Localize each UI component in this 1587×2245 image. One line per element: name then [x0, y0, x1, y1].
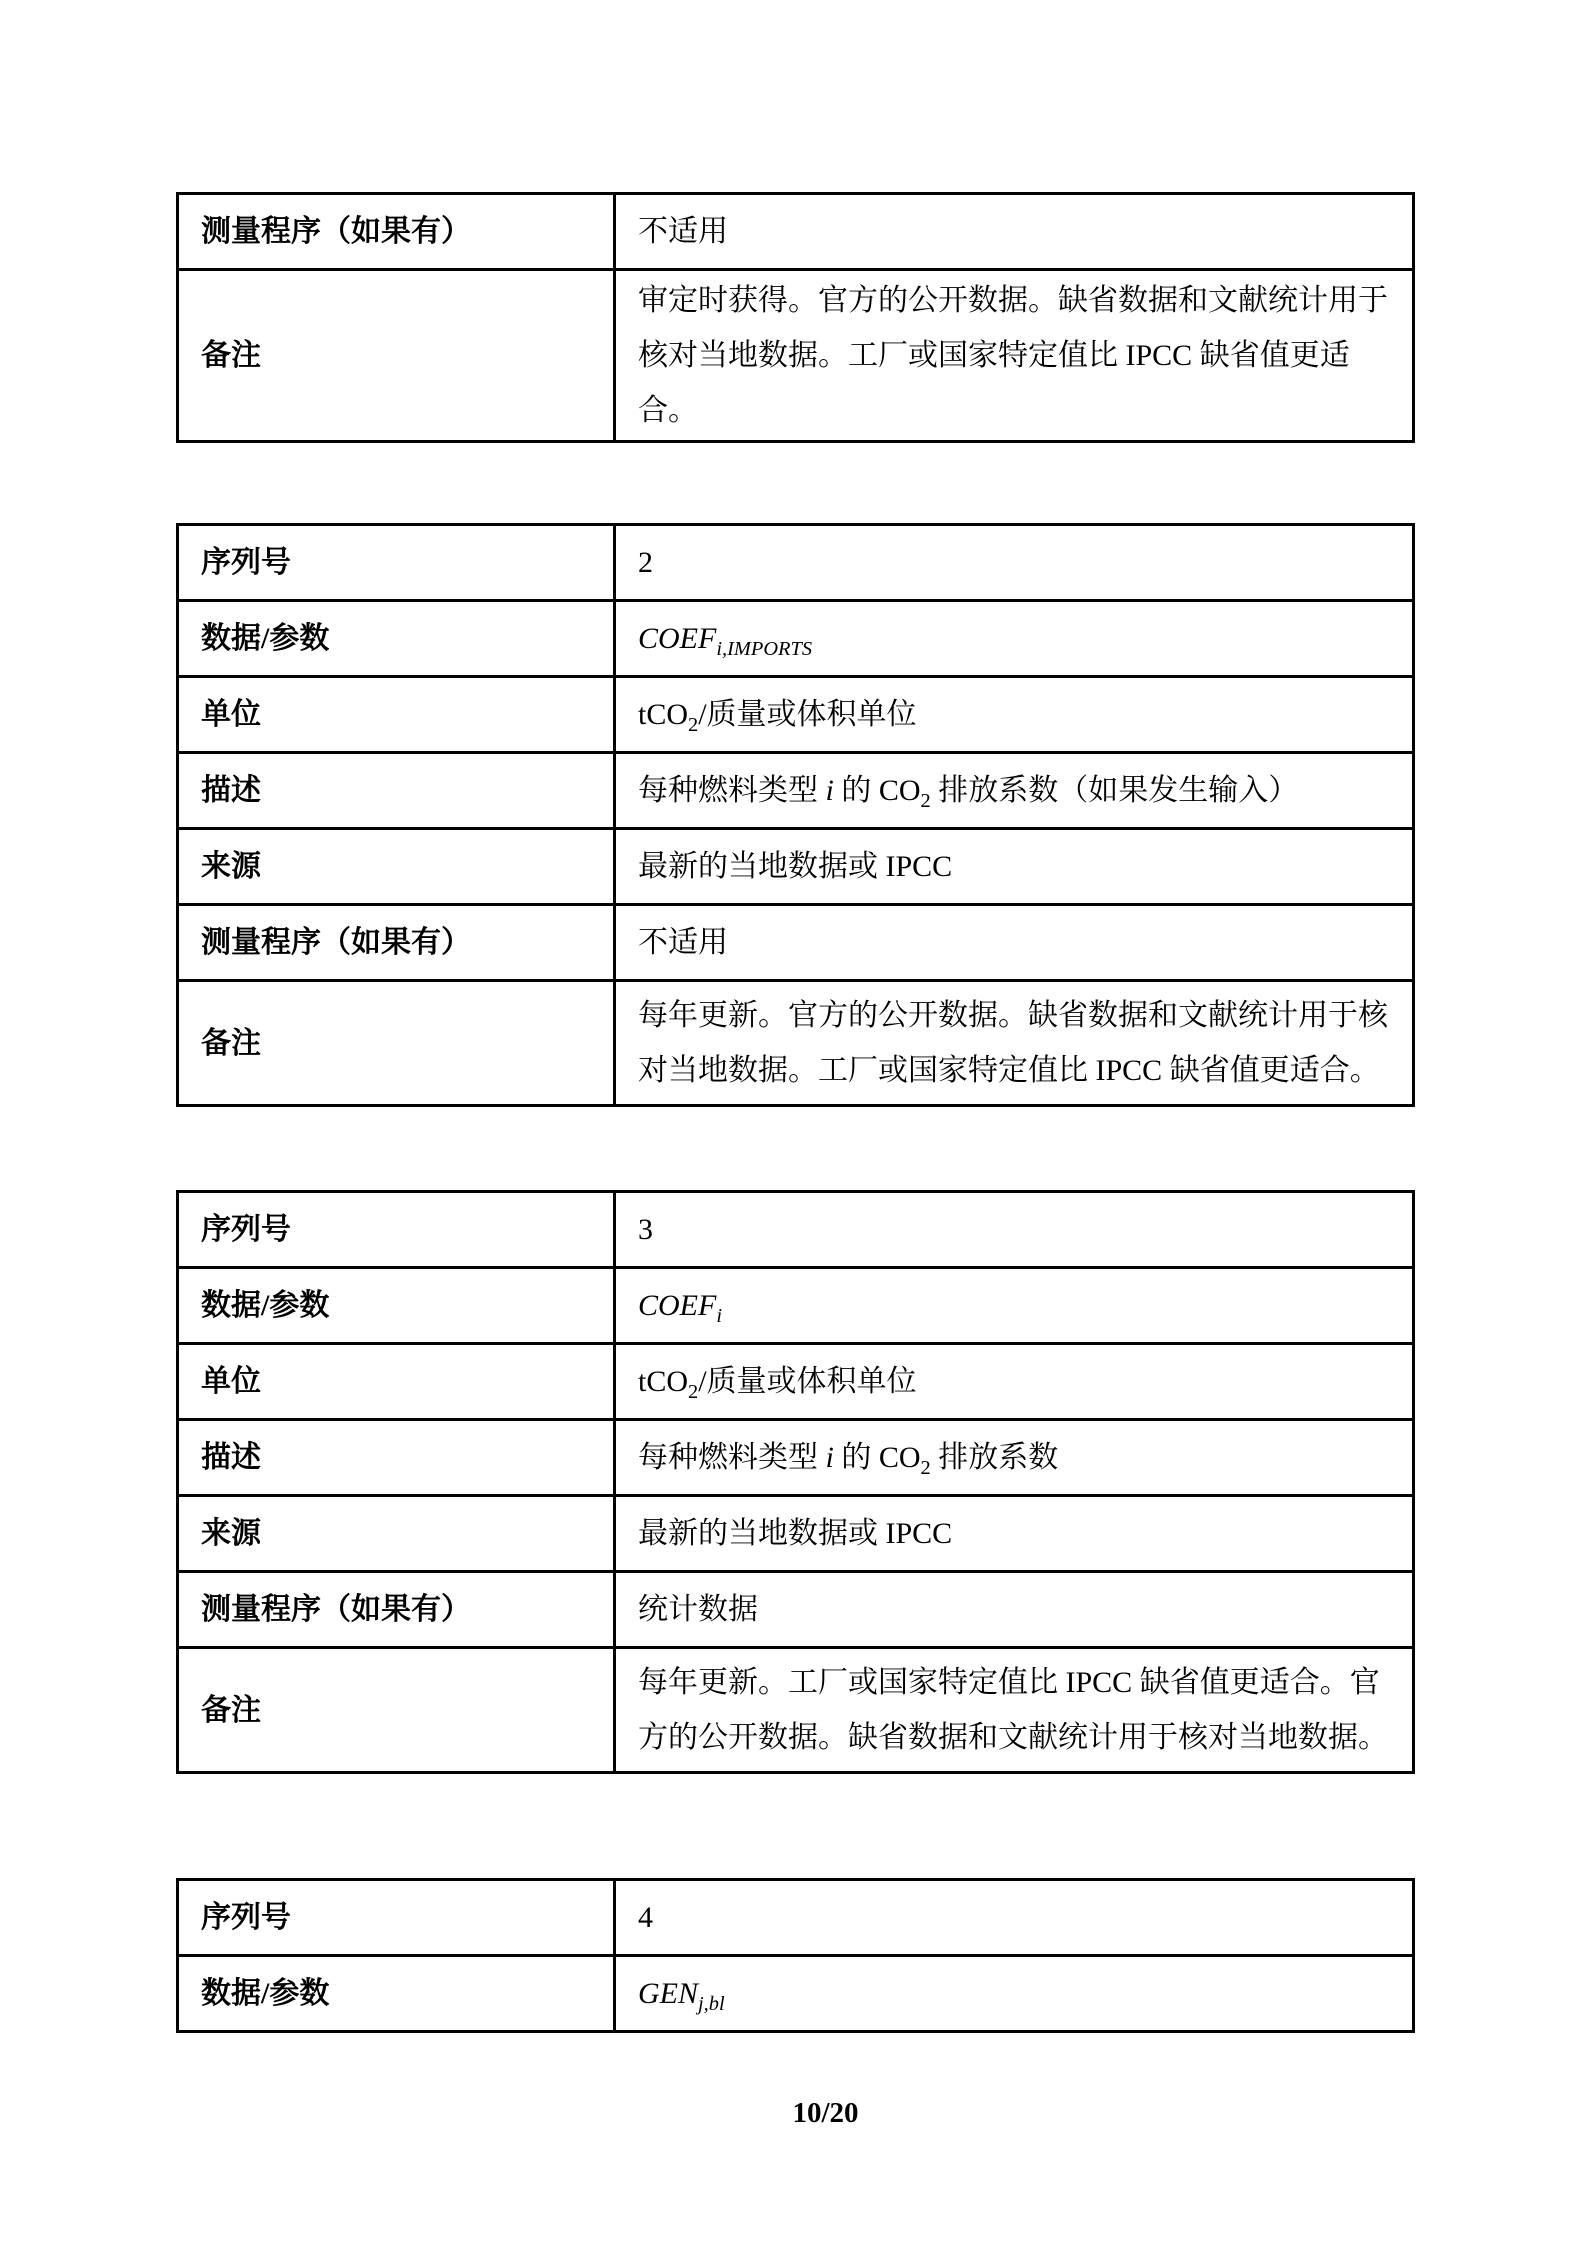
param-value: 每种燃料类型 i 的 CO2 排放系数 [615, 1420, 1414, 1496]
param-value: COEFi,IMPORTS [615, 601, 1414, 677]
table-row: 序列号 2 [178, 525, 1414, 601]
param-label: 备注 [178, 981, 615, 1106]
param-value: COEFi [615, 1268, 1414, 1344]
table-row: 备注 每年更新。官方的公开数据。缺省数据和文献统计用于核对当地数据。工厂或国家特… [178, 981, 1414, 1106]
param-value: 最新的当地数据或 IPCC [615, 829, 1414, 905]
param-label: 测量程序（如果有） [178, 194, 615, 270]
table-row: 序列号 3 [178, 1192, 1414, 1268]
param-label: 单位 [178, 677, 615, 753]
table-row: 描述 每种燃料类型 i 的 CO2 排放系数 [178, 1420, 1414, 1496]
table-row: 描述 每种燃料类型 i 的 CO2 排放系数（如果发生输入） [178, 753, 1414, 829]
table-row: 测量程序（如果有） 统计数据 [178, 1572, 1414, 1648]
param-value: 4 [615, 1880, 1414, 1956]
param-value: tCO2/质量或体积单位 [615, 1344, 1414, 1420]
param-label: 备注 [178, 1648, 615, 1773]
table-row: 备注 审定时获得。官方的公开数据。缺省数据和文献统计用于核对当地数据。工厂或国家… [178, 270, 1414, 442]
param-value: 每年更新。工厂或国家特定值比 IPCC 缺省值更适合。官方的公开数据。缺省数据和… [615, 1648, 1414, 1773]
table-row: 来源 最新的当地数据或 IPCC [178, 829, 1414, 905]
param-value: 最新的当地数据或 IPCC [615, 1496, 1414, 1572]
table-row: 数据/参数 COEFi [178, 1268, 1414, 1344]
table-row: 单位 tCO2/质量或体积单位 [178, 677, 1414, 753]
param-value: 2 [615, 525, 1414, 601]
param-value: 审定时获得。官方的公开数据。缺省数据和文献统计用于核对当地数据。工厂或国家特定值… [615, 270, 1414, 442]
table-row: 序列号 4 [178, 1880, 1414, 1956]
parameter-table-4-partial: 序列号 4 数据/参数 GENj,bl [176, 1878, 1415, 2033]
param-label: 描述 [178, 1420, 615, 1496]
param-label: 序列号 [178, 525, 615, 601]
parameter-table-2: 序列号 2 数据/参数 COEFi,IMPORTS 单位 tCO2/质量或体积单… [176, 523, 1415, 1107]
param-label: 单位 [178, 1344, 615, 1420]
param-value: tCO2/质量或体积单位 [615, 677, 1414, 753]
param-label: 序列号 [178, 1192, 615, 1268]
parameter-table-1-partial: 测量程序（如果有） 不适用 备注 审定时获得。官方的公开数据。缺省数据和文献统计… [176, 192, 1415, 443]
page-content: 测量程序（如果有） 不适用 备注 审定时获得。官方的公开数据。缺省数据和文献统计… [176, 192, 1415, 2033]
document-page: { "footer": { "page_number": "10/20" }, … [0, 0, 1587, 2245]
param-label: 数据/参数 [178, 601, 615, 677]
table-row: 测量程序（如果有） 不适用 [178, 194, 1414, 270]
param-value: 不适用 [615, 905, 1414, 981]
param-label: 来源 [178, 1496, 615, 1572]
page-number: 10/20 [32, 2097, 1587, 2130]
table-row: 单位 tCO2/质量或体积单位 [178, 1344, 1414, 1420]
param-label: 来源 [178, 829, 615, 905]
param-label: 测量程序（如果有） [178, 1572, 615, 1648]
parameter-table-3: 序列号 3 数据/参数 COEFi 单位 tCO2/质量或体积单位 描述 每种燃… [176, 1190, 1415, 1774]
param-label: 序列号 [178, 1880, 615, 1956]
table-row: 备注 每年更新。工厂或国家特定值比 IPCC 缺省值更适合。官方的公开数据。缺省… [178, 1648, 1414, 1773]
param-value: 统计数据 [615, 1572, 1414, 1648]
param-value: 每种燃料类型 i 的 CO2 排放系数（如果发生输入） [615, 753, 1414, 829]
table-row: 数据/参数 COEFi,IMPORTS [178, 601, 1414, 677]
param-value: 不适用 [615, 194, 1414, 270]
table-row: 测量程序（如果有） 不适用 [178, 905, 1414, 981]
param-label: 备注 [178, 270, 615, 442]
table-row: 数据/参数 GENj,bl [178, 1956, 1414, 2032]
param-value: GENj,bl [615, 1956, 1414, 2032]
param-value: 每年更新。官方的公开数据。缺省数据和文献统计用于核对当地数据。工厂或国家特定值比… [615, 981, 1414, 1106]
param-label: 描述 [178, 753, 615, 829]
param-label: 数据/参数 [178, 1956, 615, 2032]
table-row: 来源 最新的当地数据或 IPCC [178, 1496, 1414, 1572]
param-label: 测量程序（如果有） [178, 905, 615, 981]
param-label: 数据/参数 [178, 1268, 615, 1344]
param-value: 3 [615, 1192, 1414, 1268]
